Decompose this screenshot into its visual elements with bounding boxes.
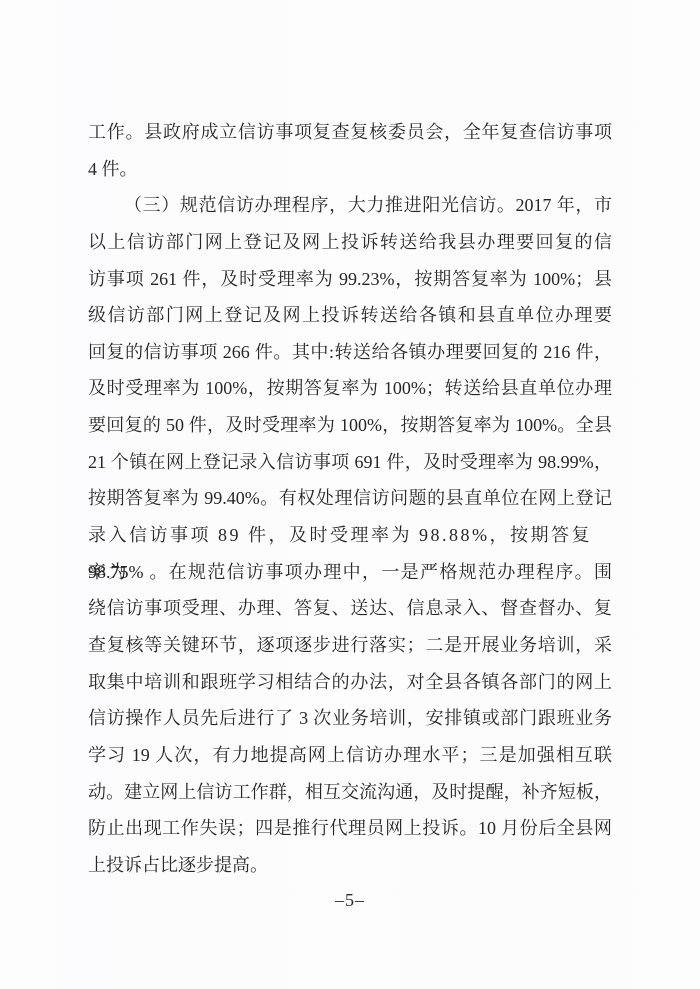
- text-line: （三）规范信访办理程序，大力推进阳光信访。2017 年，市: [88, 187, 612, 224]
- text-line: 级信访部门网上登记及网上投诉转送给各镇和县直单位办理要: [88, 297, 612, 334]
- text-line: 防止出现工作失误；四是推行代理员网上投诉。10 月份后全县网: [88, 810, 612, 847]
- text-line: 动。建立网上信访工作群，相互交流沟通，及时提醒，补齐短板，: [88, 774, 612, 811]
- text-line: 按期答复率为 99.40%。有权处理信访问题的县直单位在网上登记: [88, 480, 612, 517]
- text-line: 查复核等关键环节，逐项逐步进行落实；二是开展业务培训，采: [88, 627, 612, 664]
- text-line: 取集中培训和跟班学习相结合的办法，对全县各镇各部门的网上: [88, 664, 612, 701]
- text-line: 98.75% 。在规范信访事项办理中，一是严格规范办理程序。围: [88, 554, 612, 591]
- text-line: 学习 19 人次，有力地提高网上信访办理水平；三是加强相互联: [88, 737, 612, 774]
- text-line: 以上信访部门网上登记及网上投诉转送给我县办理要回复的信: [88, 224, 612, 261]
- text-line: 4 件。: [88, 151, 612, 188]
- text-line: 信访操作人员先后进行了 3 次业务培训，安排镇或部门跟班业务: [88, 700, 612, 737]
- text-line: 21 个镇在网上登记录入信访事项 691 件，及时受理率为 98.99%，: [88, 444, 612, 481]
- text-line: 要回复的 50 件，及时受理率为 100%，按期答复率为 100%。全县: [88, 407, 612, 444]
- text-line: 访事项 261 件，及时受理率为 99.23%，按期答复率为 100%；县: [88, 261, 612, 298]
- document-body-text: 工作。县政府成立信访事项复查复核委员会，全年复查信访事项4 件。（三）规范信访办…: [88, 114, 612, 883]
- text-line: 及时受理率为 100%，按期答复率为 100%；转送给县直单位办理: [88, 370, 612, 407]
- text-line: 工作。县政府成立信访事项复查复核委员会，全年复查信访事项: [88, 114, 612, 151]
- text-line: 录入信访事项 89 件，及时受理率为 98.88%，按期答复率为: [88, 517, 612, 554]
- page-number: –5–: [0, 890, 700, 911]
- text-line: 回复的信访事项 266 件。其中:转送给各镇办理要回复的 216 件，: [88, 334, 612, 371]
- text-line: 绕信访事项受理、办理、答复、送达、信息录入、督查督办、复: [88, 590, 612, 627]
- text-line: 上投诉占比逐步提高。: [88, 847, 612, 884]
